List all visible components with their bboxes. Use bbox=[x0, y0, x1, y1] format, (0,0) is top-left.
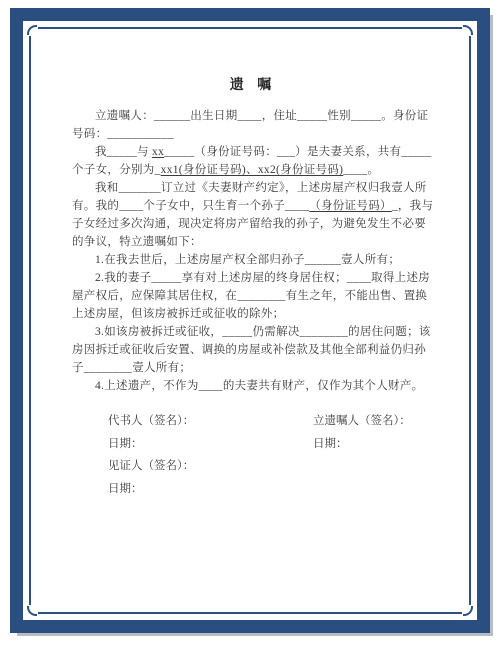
corner-ornament-bottom-right bbox=[463, 606, 473, 616]
inner-border-top bbox=[38, 27, 462, 29]
signature-block: 代书人（签名）： 日期： 见证人（签名）： 日期： 立遗嘱人（签名）： 日期： bbox=[72, 410, 434, 500]
inner-border-left bbox=[29, 36, 31, 605]
testator-date-label: 日期： bbox=[313, 433, 411, 456]
corner-ornament-top-left bbox=[27, 25, 37, 35]
paragraph-marriage-children: 我_____与 xx_____（身份证号码：___）是夫妻关系，共有_____个… bbox=[72, 143, 434, 179]
clause-1-ownership: 1.在我去世后，上述房屋产权全部归孙子______壹人所有； bbox=[72, 251, 434, 269]
witness-date-label: 日期： bbox=[108, 478, 434, 501]
paragraph-property-intent: 我和_______订立过《夫妻财产约定》，上述房屋产权归我壹人所有。我的____… bbox=[72, 179, 434, 251]
page: 遗 嘱 立遗嘱人：______出生日期____，住址_____性别_____。身… bbox=[0, 0, 500, 646]
inner-border-right bbox=[469, 36, 471, 605]
clause-4-personal-property: 4.上述遗产，不作为____的夫妻共有财产，仅作为其个人财产。 bbox=[72, 377, 434, 395]
document-title: 遗 嘱 bbox=[72, 77, 434, 95]
testator-signature-label: 立遗嘱人（签名）： bbox=[313, 410, 411, 433]
clause-3-demolition: 3.如该房被拆迁或征收，_____仍需解决________的居住问题；该房因拆迁… bbox=[72, 323, 434, 377]
will-document: 遗 嘱 立遗嘱人：______出生日期____，住址_____性别_____。身… bbox=[72, 77, 434, 500]
signature-right-column: 立遗嘱人（签名）： 日期： bbox=[313, 410, 411, 455]
paragraph-testator-info: 立遗嘱人：______出生日期____，住址_____性别_____。身份证号码… bbox=[72, 107, 434, 143]
witness-signature-label: 见证人（签名）： bbox=[108, 455, 434, 478]
corner-ornament-top-right bbox=[463, 25, 473, 35]
inner-border-bottom bbox=[38, 612, 462, 614]
corner-ornament-bottom-left bbox=[27, 606, 37, 616]
clause-2-residence-right: 2.我的妻子_____享有对上述房屋的终身居住权；____取得上述房屋产权后，应… bbox=[72, 269, 434, 323]
